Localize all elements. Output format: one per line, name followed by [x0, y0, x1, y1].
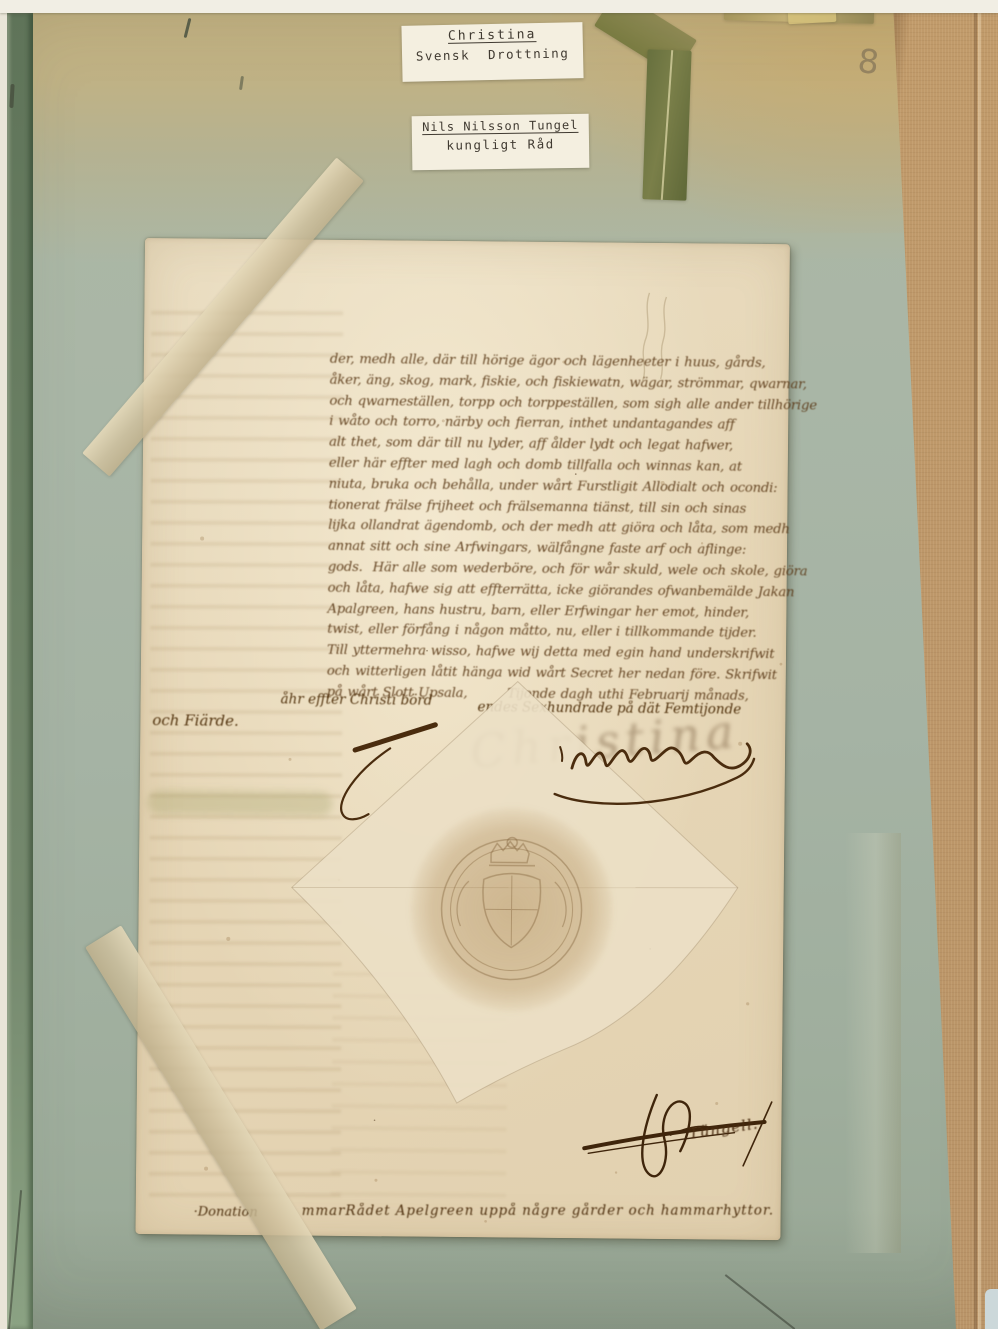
tape-crack-line	[660, 50, 672, 200]
green-tape-strip	[642, 49, 691, 200]
cloth-fold-highlight	[978, 0, 981, 1329]
label-subtitle: Svensk Drottning	[402, 45, 583, 64]
book-spine-edge	[7, 13, 33, 1329]
signature-tungel-strokes	[584, 1094, 772, 1177]
photo-top-edge	[0, 0, 998, 13]
label-subtitle: kungligt Råd	[412, 136, 589, 153]
typed-label-christina: Christina Svensk Drottning	[401, 22, 583, 82]
manuscript-document: der, medh alle, där till hörige ägor och…	[135, 238, 790, 1240]
signature-flourishes	[135, 238, 790, 1240]
corner-patch	[985, 1289, 998, 1329]
label-title: Christina	[402, 26, 583, 45]
photo-left-edge	[0, 0, 7, 1329]
photo-of-album-page: 8	[0, 0, 998, 1329]
label-title: Nils Nilsson Tungel	[412, 118, 589, 134]
page-edge-highlight	[845, 833, 901, 1253]
cloth-fold-line	[974, 0, 977, 1329]
caption-donation-continued: mmarRådet Apelgreen uppå någre gårder oc…	[302, 1203, 774, 1219]
typed-label-tungel: Nils Nilsson Tungel kungligt Råd	[412, 114, 590, 170]
